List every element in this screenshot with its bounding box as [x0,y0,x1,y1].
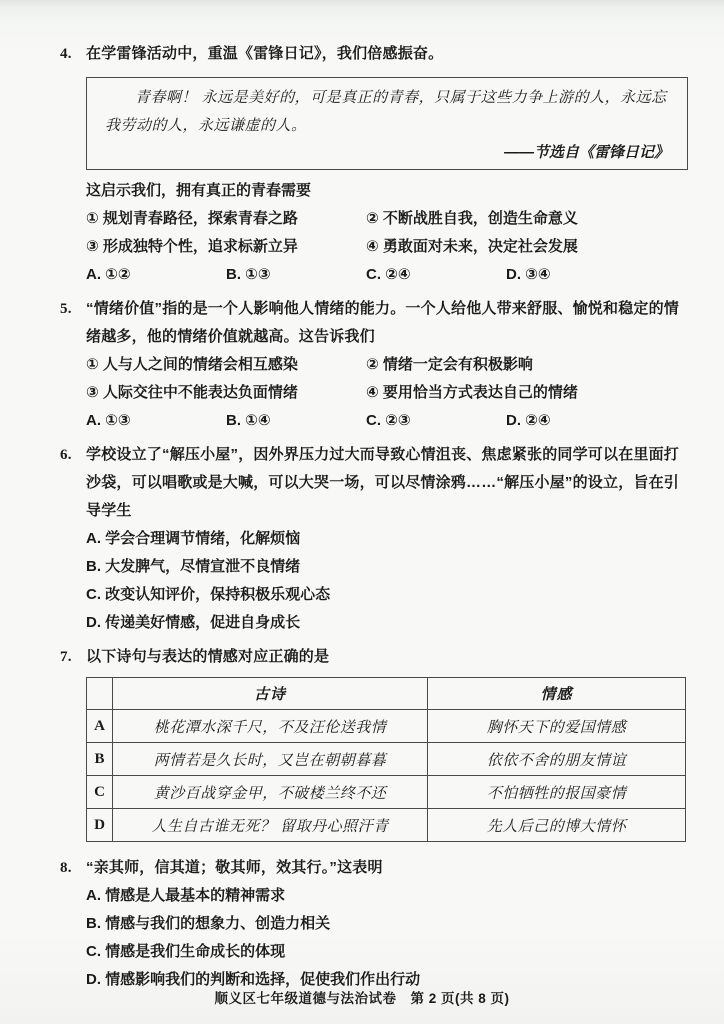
question-8-stem-text: “亲其师，信其道；敬其师，效其行。”这表明 [86,859,383,876]
question-5-number: 5. [60,295,86,323]
choice-c: C. 情感是我们生命成长的体现 [86,938,688,966]
question-7-stem-text: 以下诗句与表达的情感对应正确的是 [86,648,329,665]
question-5: 5.“情绪价值”指的是一个人影响他人情绪的能力。一个人给他人带来舒服、愉悦和稳定… [60,295,688,435]
choice-c: C. ②④ [366,261,506,289]
table-header-blank [87,678,113,710]
question-8-choices: A. 情感是人最基本的精神需求 B. 情感与我们的想象力、创造力相关 C. 情感… [86,882,688,994]
choice-b: B. ①③ [226,261,366,289]
statement-item-2: ② 情绪一定会有积极影响 [366,351,688,379]
question-6: 6.学校设立了“解压小屋”，因外界压力过大而导致心情沮丧、焦虑紧张的同学可以在里… [60,441,688,637]
page-footer: 顺义区七年级道德与法治试卷 第 2 页(共 8 页) [48,988,676,1010]
choice-b: B. 情感与我们的想象力、创造力相关 [86,910,688,938]
question-5-stem-text: “情绪价值”指的是一个人影响他人情绪的能力。一个人给他人带来舒服、愉悦和稳定的情… [86,300,679,345]
question-6-stem-text: 学校设立了“解压小屋”，因外界压力过大而导致心情沮丧、焦虑紧张的同学可以在里面打… [86,446,679,519]
choice-c: C. 改变认知评价，保持积极乐观心态 [86,581,688,609]
emotion-cell: 依依不舍的朋友情谊 [428,743,686,776]
question-6-number: 6. [60,441,86,469]
table-row-c: C 黄沙百战穿金甲，不破楼兰终不还 不怕牺牲的报国豪情 [87,776,686,809]
question-4-number: 4. [60,40,86,68]
question-4-statements: ① 规划青春路径，探索青春之路 ② 不断战胜自我，创造生命意义 ③ 形成独特个性… [86,205,688,261]
choice-c: C. ②③ [366,407,506,435]
row-label: A [87,710,113,743]
table-header-row: 古诗 情感 [87,678,686,710]
question-4-stem-text: 在学雷锋活动中，重温《雷锋日记》，我们倍感振奋。 [86,45,443,62]
table-row-d: D 人生自古谁无死？ 留取丹心照汗青 先人后己的博大情怀 [87,809,686,842]
poem-cell: 黄沙百战穿金甲，不破楼兰终不还 [113,776,428,809]
spacer [60,842,688,854]
question-4-choices: A. ①② B. ①③ C. ②④ D. ③④ [86,261,688,289]
statement-item-1: ① 规划青春路径，探索青春之路 [86,205,366,233]
choice-d: D. ③④ [506,261,688,289]
table-header-emotion: 情感 [428,678,686,710]
table-row-a: A 桃花潭水深千尺，不及汪伦送我情 胸怀天下的爱国情感 [87,710,686,743]
question-7: 7.以下诗句与表达的情感对应正确的是 古诗 情感 A 桃花潭水深千尺，不及汪伦送… [60,643,688,842]
emotion-cell: 不怕牺牲的报国豪情 [428,776,686,809]
question-5-statements: ① 人与人之间的情绪会相互感染 ② 情绪一定会有积极影响 ③ 人际交往中不能表达… [86,351,688,407]
poem-cell: 人生自古谁无死？ 留取丹心照汗青 [113,809,428,842]
row-label: C [87,776,113,809]
statement-item-4: ④ 勇敢面对未来，决定社会发展 [366,233,688,261]
row-label: D [87,809,113,842]
statement-item-4: ④ 要用恰当方式表达自己的情绪 [366,379,688,407]
question-5-choices: A. ①③ B. ①④ C. ②③ D. ②④ [86,407,688,435]
question-8-number: 8. [60,854,86,882]
choice-a: A. ①② [86,261,226,289]
poem-emotion-table: 古诗 情感 A 桃花潭水深千尺，不及汪伦送我情 胸怀天下的爱国情感 B 两情若是… [86,677,686,842]
emotion-cell: 胸怀天下的爱国情感 [428,710,686,743]
emotion-cell: 先人后己的博大情怀 [428,809,686,842]
question-4: 4.在学雷锋活动中，重温《雷锋日记》，我们倍感振奋。 青春啊！ 永远是美好的，可… [60,40,688,289]
quote-source: ——节选自《雷锋日记》 [105,140,669,165]
table-header-poem: 古诗 [113,678,428,710]
choice-a: A. 情感是人最基本的精神需求 [86,882,688,910]
statement-item-3: ③ 形成独特个性，追求标新立异 [86,233,366,261]
statement-item-2: ② 不断战胜自我，创造生命意义 [366,205,688,233]
row-label: B [87,743,113,776]
question-7-number: 7. [60,643,86,671]
quote-text: 青春啊！ 永远是美好的，可是真正的青春，只属于这些力争上游的人，永远忘我劳动的人… [105,84,669,140]
poem-cell: 桃花潭水深千尺，不及汪伦送我情 [113,710,428,743]
statement-item-3: ③ 人际交往中不能表达负面情绪 [86,379,366,407]
question-6-stem: 6.学校设立了“解压小屋”，因外界压力过大而导致心情沮丧、焦虑紧张的同学可以在里… [86,441,688,525]
question-4-prompt: 这启示我们，拥有真正的青春需要 [86,177,688,205]
question-6-choices: A. 学会合理调节情绪，化解烦恼 B. 大发脾气，尽情宣泄不良情绪 C. 改变认… [86,525,688,637]
choice-a: A. 学会合理调节情绪，化解烦恼 [86,525,688,553]
choice-d: D. 传递美好情感，促进自身成长 [86,609,688,637]
question-4-stem: 4.在学雷锋活动中，重温《雷锋日记》，我们倍感振奋。 [86,40,688,68]
choice-b: B. ①④ [226,407,366,435]
choice-b: B. 大发脾气，尽情宣泄不良情绪 [86,553,688,581]
question-5-stem: 5.“情绪价值”指的是一个人影响他人情绪的能力。一个人给他人带来舒服、愉悦和稳定… [86,295,688,351]
leifeng-diary-quote-box: 青春啊！ 永远是美好的，可是真正的青春，只属于这些力争上游的人，永远忘我劳动的人… [86,77,688,170]
table-row-b: B 两情若是久长时，又岂在朝朝暮暮 依依不舍的朋友情谊 [87,743,686,776]
question-7-stem: 7.以下诗句与表达的情感对应正确的是 [86,643,688,671]
poem-cell: 两情若是久长时，又岂在朝朝暮暮 [113,743,428,776]
question-8-stem: 8.“亲其师，信其道；敬其师，效其行。”这表明 [86,854,688,882]
choice-a: A. ①③ [86,407,226,435]
question-8: 8.“亲其师，信其道；敬其师，效其行。”这表明 A. 情感是人最基本的精神需求 … [60,854,688,994]
choice-d: D. ②④ [506,407,688,435]
exam-paper-page: 4.在学雷锋活动中，重温《雷锋日记》，我们倍感振奋。 青春啊！ 永远是美好的，可… [0,0,724,1010]
statement-item-1: ① 人与人之间的情绪会相互感染 [86,351,366,379]
